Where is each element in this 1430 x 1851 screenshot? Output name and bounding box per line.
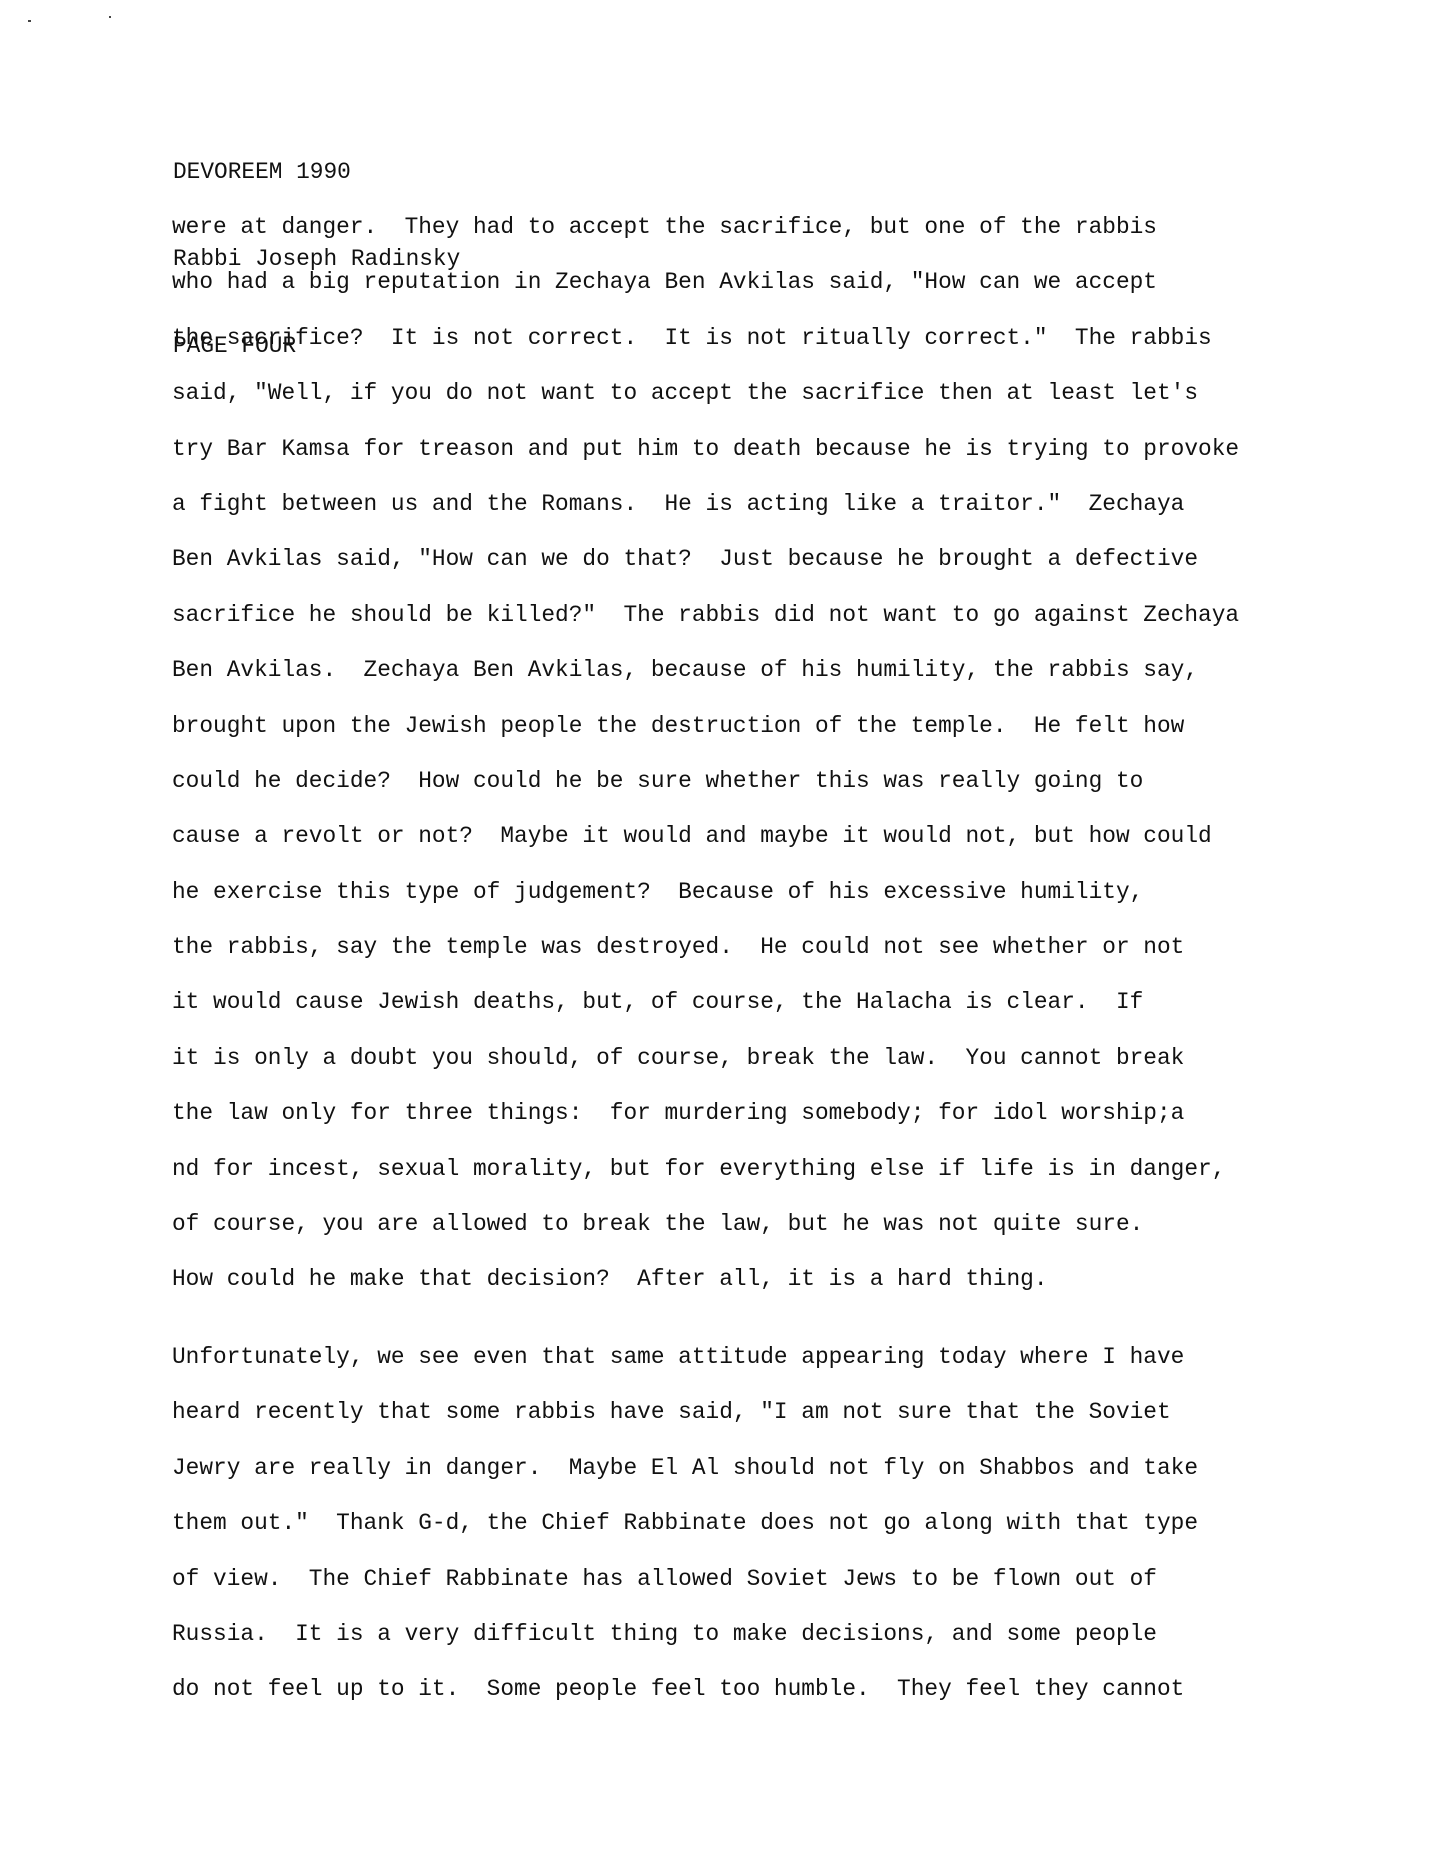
text-line: How could he make that decision? After a… [172, 1264, 1239, 1319]
text-line: sacrifice he should be killed?" The rabb… [172, 600, 1239, 655]
text-line: Russia. It is a very difficult thing to … [172, 1619, 1198, 1674]
text-line: could he decide? How could he be sure wh… [172, 766, 1239, 821]
header-title: DEVOREEM 1990 [173, 158, 460, 187]
text-line: of view. The Chief Rabbinate has allowed… [172, 1564, 1198, 1619]
text-line: it is only a doubt you should, of course… [172, 1043, 1239, 1098]
text-line: brought upon the Jewish people the destr… [172, 711, 1239, 766]
text-line: the law only for three things: for murde… [172, 1098, 1239, 1153]
text-line: it would cause Jewish deaths, but, of co… [172, 987, 1239, 1042]
text-line: said, "Well, if you do not want to accep… [172, 378, 1239, 433]
text-line: were at danger. They had to accept the s… [172, 212, 1239, 267]
text-line: cause a revolt or not? Maybe it would an… [172, 821, 1239, 876]
text-line: try Bar Kamsa for treason and put him to… [172, 434, 1239, 489]
text-line: Jewry are really in danger. Maybe El Al … [172, 1453, 1198, 1508]
body-paragraph-1: were at danger. They had to accept the s… [172, 212, 1239, 1320]
text-line: he exercise this type of judgement? Beca… [172, 877, 1239, 932]
text-line: Ben Avkilas. Zechaya Ben Avkilas, becaus… [172, 655, 1239, 710]
text-line: Unfortunately, we see even that same att… [172, 1342, 1198, 1397]
scan-speck [28, 20, 31, 22]
text-line: of course, you are allowed to break the … [172, 1209, 1239, 1264]
text-line: them out." Thank G-d, the Chief Rabbinat… [172, 1508, 1198, 1563]
text-line: nd for incest, sexual morality, but for … [172, 1154, 1239, 1209]
scan-speck [109, 16, 111, 18]
text-line: a fight between us and the Romans. He is… [172, 489, 1239, 544]
text-line: Ben Avkilas said, "How can we do that? J… [172, 544, 1239, 599]
text-line: do not feel up to it. Some people feel t… [172, 1674, 1198, 1729]
document-page: DEVOREEM 1990 Rabbi Joseph Radinsky PAGE… [0, 0, 1430, 1851]
text-line: who had a big reputation in Zechaya Ben … [172, 267, 1239, 322]
text-line: the rabbis, say the temple was destroyed… [172, 932, 1239, 987]
text-line: the sacrifice? It is not correct. It is … [172, 323, 1239, 378]
text-line: heard recently that some rabbis have sai… [172, 1397, 1198, 1452]
body-paragraph-2: Unfortunately, we see even that same att… [172, 1342, 1198, 1730]
